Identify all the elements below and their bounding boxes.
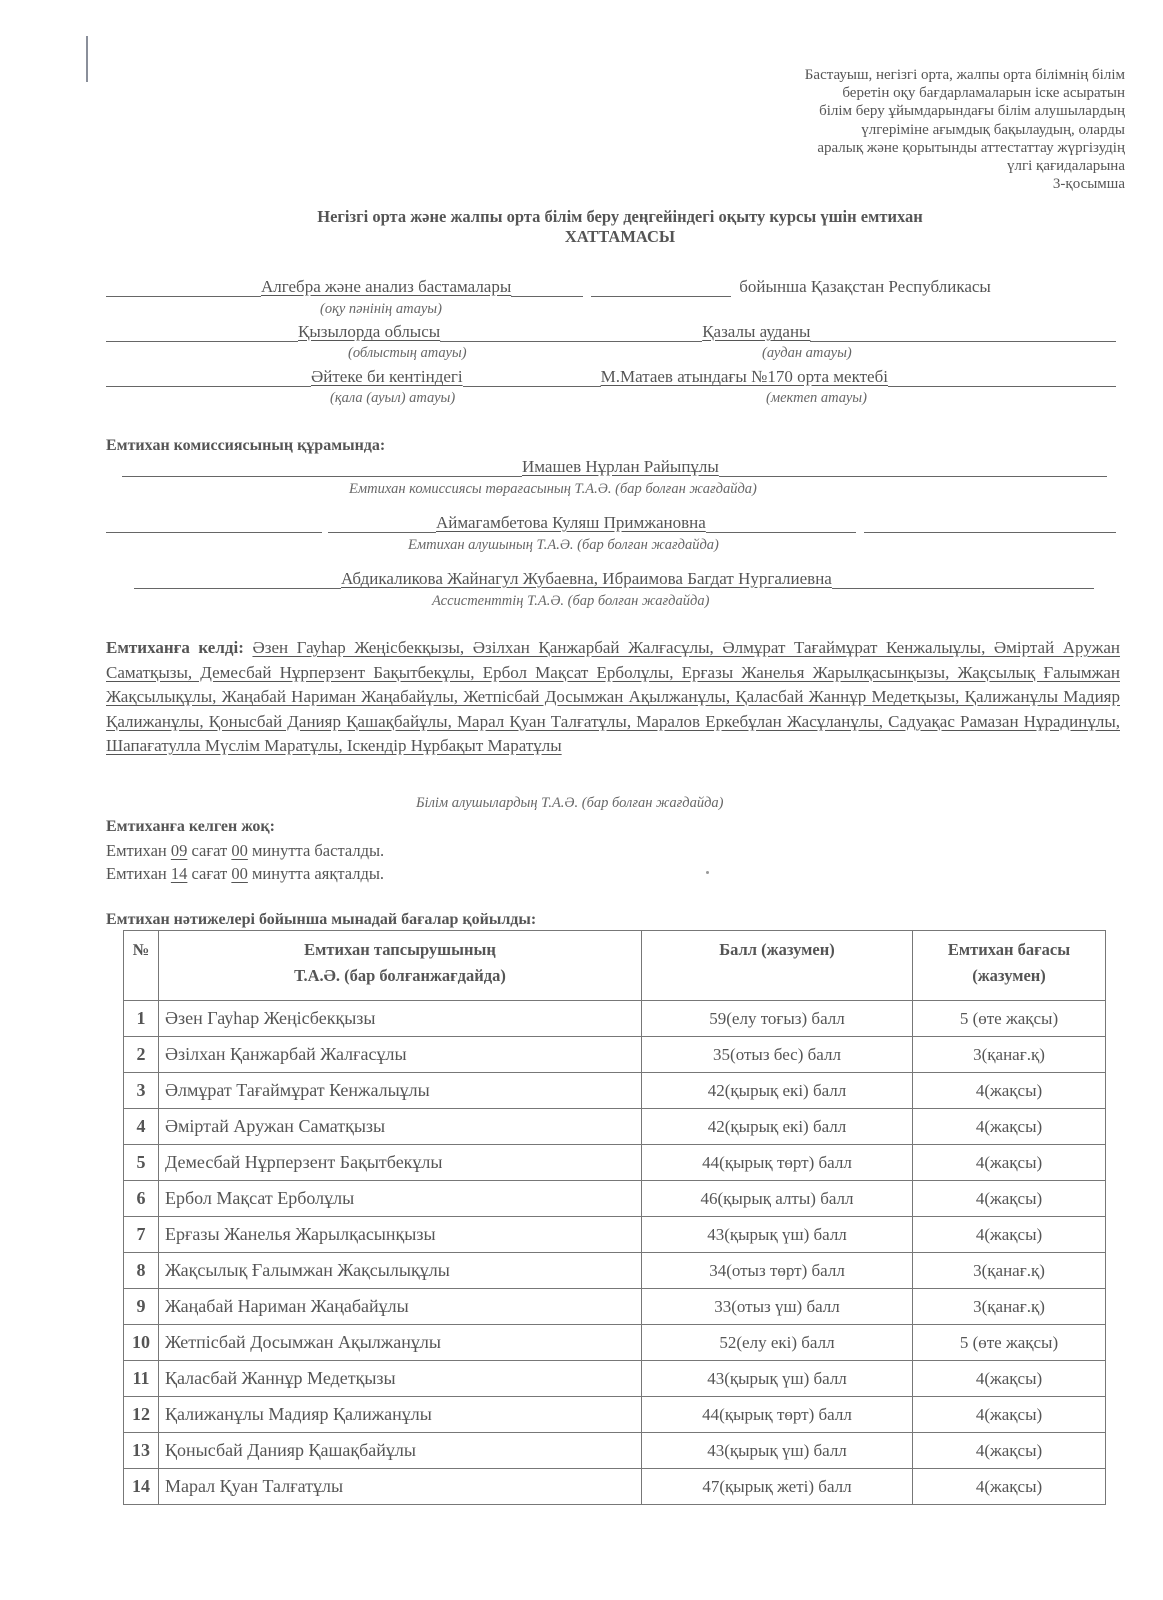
table-row: 4Әміртай Аружан Саматқызы42(қырық екі) б… xyxy=(124,1109,1106,1145)
table-row: 2Әзілхан Қанжарбай Жалғасұлы35(отыз бес)… xyxy=(124,1037,1106,1073)
subject-value: Алгебра және анализ бастамалары xyxy=(261,277,511,297)
score-text: 59(елу тоғыз) балл xyxy=(642,1001,913,1037)
table-row: 3Әлмұрат Тағаймұрат Кенжалыұлы42(қырық е… xyxy=(124,1073,1106,1109)
col-header-number: № xyxy=(124,931,159,1001)
examiner-caption: Емтихан алушының Т.А.Ә. (бар болған жағд… xyxy=(408,537,719,554)
table-row: 9Жаңабай Нариман Жаңабайұлы33(отыз үш) б… xyxy=(124,1289,1106,1325)
settlement-row: Әйтеке би кентіндегі М.Матаев атындағы №… xyxy=(106,367,1116,387)
grade-text: 4(жақсы) xyxy=(913,1109,1106,1145)
row-number: 12 xyxy=(124,1397,159,1433)
title-line-1: Негізгі орта және жалпы орта білім беру … xyxy=(130,207,1110,227)
score-text: 35(отыз бес) балл xyxy=(642,1037,913,1073)
attended-paragraph: Емтиханға келді: Әзен Гауһар Жеңісбекқыз… xyxy=(106,636,1120,759)
assistants-caption: Ассистенттің Т.А.Ә. (бар болған жағдайда… xyxy=(432,593,709,610)
subject-row: Алгебра және анализ бастамалары бойынша … xyxy=(106,277,1116,297)
settlement-value: Әйтеке би кентіндегі xyxy=(311,367,463,387)
chair-name: Имашев Нұрлан Райыпұлы xyxy=(522,457,719,477)
exam-end-line: Емтихан 14 сағат 00 минутта аяқталды. xyxy=(106,864,384,884)
scan-speck xyxy=(706,871,709,874)
student-name: Әзілхан Қанжарбай Жалғасұлы xyxy=(159,1037,642,1073)
assistants-names: Абдикаликова Жайнагул Жубаевна, Ибраимов… xyxy=(341,569,832,589)
attended-label: Емтиханға келді: xyxy=(106,638,244,657)
district-caption: (аудан атауы) xyxy=(762,345,852,362)
row-number: 2 xyxy=(124,1037,159,1073)
examiner-name: Аймагамбетова Куляш Примжановна xyxy=(436,513,706,533)
score-text: 43(қырық үш) балл xyxy=(642,1361,913,1397)
grade-text: 4(жақсы) xyxy=(913,1181,1106,1217)
table-row: 14Марал Қуан Талғатұлы47(қырық жеті) бал… xyxy=(124,1469,1106,1505)
score-text: 42(қырық екі) балл xyxy=(642,1073,913,1109)
row-number: 4 xyxy=(124,1109,159,1145)
grade-text: 4(жақсы) xyxy=(913,1433,1106,1469)
grade-text: 4(жақсы) xyxy=(913,1145,1106,1181)
student-name: Жақсылық Ғалымжан Жақсылықұлы xyxy=(159,1253,642,1289)
annex-number: 3-қосымша xyxy=(665,175,1125,193)
student-name: Марал Қуан Талғатұлы xyxy=(159,1469,642,1505)
table-row: 11Қаласбай Жаннұр Медетқызы43(қырық үш) … xyxy=(124,1361,1106,1397)
annex-line: Бастауыш, негізгі орта, жалпы орта білім… xyxy=(665,66,1125,84)
table-row: 8Жақсылық Ғалымжан Жақсылықұлы34(отыз тө… xyxy=(124,1253,1106,1289)
annex-line: білім беру ұйымдарындағы білім алушылард… xyxy=(665,102,1125,120)
score-text: 52(елу екі) балл xyxy=(642,1325,913,1361)
row-number: 6 xyxy=(124,1181,159,1217)
annex-line: беретін оқу бағдарламаларын іске асыраты… xyxy=(665,84,1125,102)
settlement-caption: (қала (ауыл) атауы) xyxy=(330,390,455,407)
table-row: 5Демесбай Нұрперзент Бақытбекұлы44(қырық… xyxy=(124,1145,1106,1181)
score-text: 33(отыз үш) балл xyxy=(642,1289,913,1325)
students-caption: Білім алушылардың Т.А.Ә. (бар болған жағ… xyxy=(416,795,724,812)
student-name: Әлмұрат Тағаймұрат Кенжалыұлы xyxy=(159,1073,642,1109)
grade-text: 3(қанағ.қ) xyxy=(913,1289,1106,1325)
row-number: 3 xyxy=(124,1073,159,1109)
table-row: 12Қалижанұлы Мадияр Қалижанұлы44(қырық т… xyxy=(124,1397,1106,1433)
chair-caption: Емтихан комиссиясы төрағасының Т.А.Ә. (б… xyxy=(349,481,757,498)
row-number: 14 xyxy=(124,1469,159,1505)
student-name: Қонысбай Данияр Қашақбайұлы xyxy=(159,1433,642,1469)
results-header-row: № Емтихан тапсырушының Т.А.Ә. (бар болға… xyxy=(124,931,1106,1001)
score-text: 46(қырық алты) балл xyxy=(642,1181,913,1217)
school-value: М.Матаев атындағы №170 орта мектебі xyxy=(601,367,888,387)
chair-row: Имашев Нұрлан Райыпұлы xyxy=(122,457,1107,477)
student-name: Жетпісбай Досымжан Ақылжанұлы xyxy=(159,1325,642,1361)
table-row: 1Әзен Гауһар Жеңісбекқызы59(елу тоғыз) б… xyxy=(124,1001,1106,1037)
absent-label: Емтиханға келген жоқ: xyxy=(106,818,275,836)
district-value: Қазалы ауданы xyxy=(702,322,810,342)
student-name: Демесбай Нұрперзент Бақытбекұлы xyxy=(159,1145,642,1181)
col-header-grade: Емтихан бағасы (жазумен) xyxy=(913,931,1106,1001)
assistants-row: Абдикаликова Жайнагул Жубаевна, Ибраимов… xyxy=(134,569,1094,589)
student-name: Қалижанұлы Мадияр Қалижанұлы xyxy=(159,1397,642,1433)
results-table: № Емтихан тапсырушының Т.А.Ә. (бар болға… xyxy=(123,930,1106,1505)
student-name: Ербол Мақсат Ерболұлы xyxy=(159,1181,642,1217)
annex-reference: Бастауыш, негізгі орта, жалпы орта білім… xyxy=(665,66,1125,193)
student-name: Әзен Гауһар Жеңісбекқызы xyxy=(159,1001,642,1037)
grade-text: 5 (өте жақсы) xyxy=(913,1325,1106,1361)
grade-text: 3(қанағ.қ) xyxy=(913,1037,1106,1073)
student-name: Әміртай Аружан Саматқызы xyxy=(159,1109,642,1145)
grade-text: 4(жақсы) xyxy=(913,1073,1106,1109)
subject-caption: (оқу пәнінің атауы) xyxy=(320,301,442,318)
row-number: 10 xyxy=(124,1325,159,1361)
table-row: 6Ербол Мақсат Ерболұлы46(қырық алты) бал… xyxy=(124,1181,1106,1217)
annex-line: үлгі қағидаларына xyxy=(665,157,1125,175)
region-row: Қызылорда облысы Қазалы ауданы xyxy=(106,322,1116,342)
student-name: Ерғазы Жанелья Жарылқасынқызы xyxy=(159,1217,642,1253)
results-heading: Емтихан нәтижелері бойынша мынадай бағал… xyxy=(106,911,536,929)
student-name: Қаласбай Жаннұр Медетқызы xyxy=(159,1361,642,1397)
col-header-name: Емтихан тапсырушының Т.А.Ә. (бар болғанж… xyxy=(159,931,642,1001)
score-text: 42(қырық екі) балл xyxy=(642,1109,913,1145)
grade-text: 4(жақсы) xyxy=(913,1361,1106,1397)
table-row: 10Жетпісбай Досымжан Ақылжанұлы52(елу ек… xyxy=(124,1325,1106,1361)
score-text: 43(қырық үш) балл xyxy=(642,1217,913,1253)
scan-artifact-mark xyxy=(86,36,88,82)
score-text: 34(отыз төрт) балл xyxy=(642,1253,913,1289)
document-title: Негізгі орта және жалпы орта білім беру … xyxy=(130,207,1110,247)
row-number: 1 xyxy=(124,1001,159,1037)
examiner-row: Аймагамбетова Куляш Примжановна xyxy=(106,513,1116,533)
end-hour: 14 xyxy=(171,864,188,883)
student-name: Жаңабай Нариман Жаңабайұлы xyxy=(159,1289,642,1325)
start-minute: 00 xyxy=(231,841,248,860)
attended-names: Әзен Гауһар Жеңісбекқызы, Әзілхан Қанжар… xyxy=(106,638,1120,755)
region-value: Қызылорда облысы xyxy=(298,322,440,342)
grade-text: 5 (өте жақсы) xyxy=(913,1001,1106,1037)
start-hour: 09 xyxy=(171,841,188,860)
grade-text: 4(жақсы) xyxy=(913,1469,1106,1505)
school-caption: (мектеп атауы) xyxy=(766,390,867,407)
col-header-score: Балл (жазумен) xyxy=(642,931,913,1001)
row-number: 13 xyxy=(124,1433,159,1469)
table-row: 7Ерғазы Жанелья Жарылқасынқызы43(қырық ү… xyxy=(124,1217,1106,1253)
results-body: 1Әзен Гауһар Жеңісбекқызы59(елу тоғыз) б… xyxy=(124,1001,1106,1505)
row-number: 7 xyxy=(124,1217,159,1253)
region-caption: (облыстың атауы) xyxy=(348,345,467,362)
country-suffix: бойынша Қазақстан Республикасы xyxy=(739,277,991,297)
exam-protocol-page: Бастауыш, негізгі орта, жалпы орта білім… xyxy=(0,0,1163,1600)
score-text: 44(қырық төрт) балл xyxy=(642,1397,913,1433)
exam-start-line: Емтихан 09 сағат 00 минутта басталды. xyxy=(106,841,384,861)
table-row: 13Қонысбай Данияр Қашақбайұлы43(қырық үш… xyxy=(124,1433,1106,1469)
commission-heading: Емтихан комиссиясының құрамында: xyxy=(106,437,385,455)
score-text: 44(қырық төрт) балл xyxy=(642,1145,913,1181)
row-number: 5 xyxy=(124,1145,159,1181)
score-text: 43(қырық үш) балл xyxy=(642,1433,913,1469)
annex-line: үлгеріміне ағымдық бақылаудың, оларды xyxy=(665,121,1125,139)
row-number: 8 xyxy=(124,1253,159,1289)
score-text: 47(қырық жеті) балл xyxy=(642,1469,913,1505)
row-number: 9 xyxy=(124,1289,159,1325)
grade-text: 4(жақсы) xyxy=(913,1397,1106,1433)
grade-text: 3(қанағ.қ) xyxy=(913,1253,1106,1289)
grade-text: 4(жақсы) xyxy=(913,1217,1106,1253)
end-minute: 00 xyxy=(231,864,248,883)
row-number: 11 xyxy=(124,1361,159,1397)
title-line-2: ХАТТАМАСЫ xyxy=(130,227,1110,247)
annex-line: аралық және қорытынды аттестаттау жүргіз… xyxy=(665,139,1125,157)
